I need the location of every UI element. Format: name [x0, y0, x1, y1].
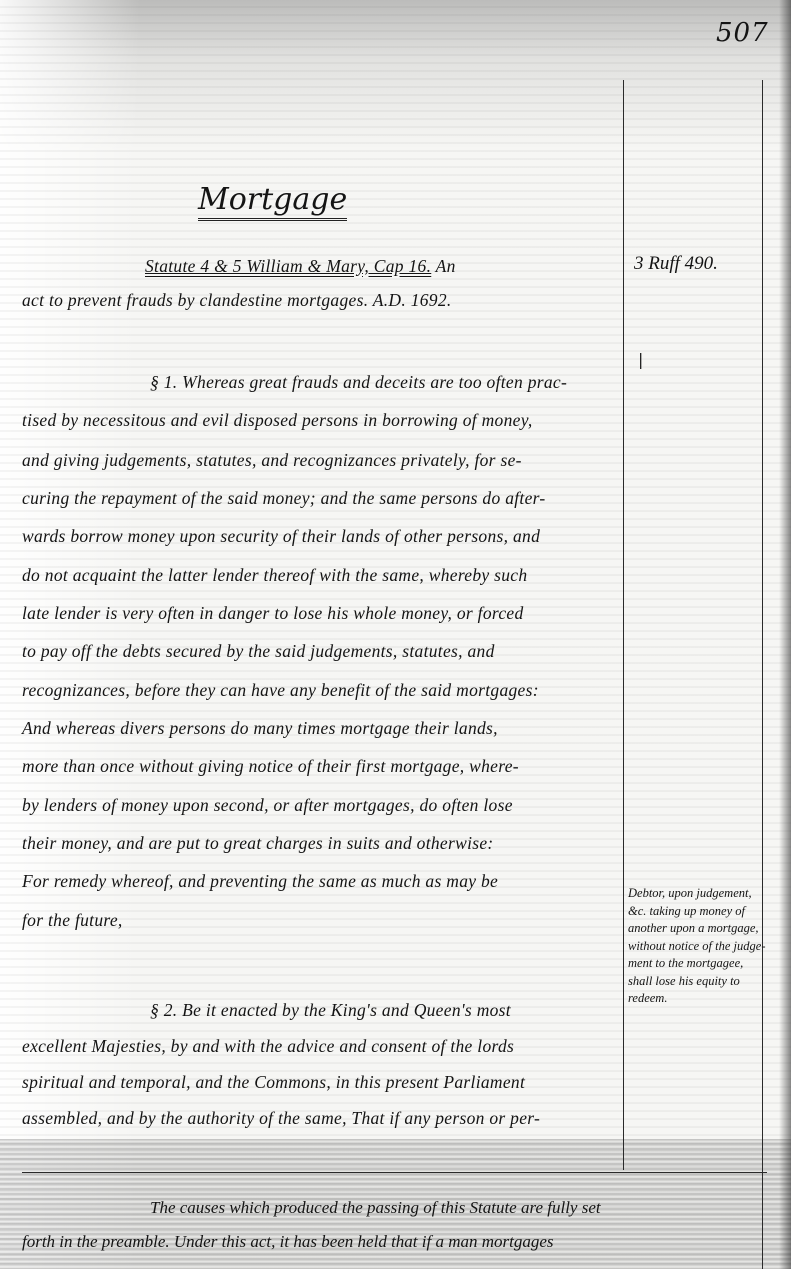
margin-note-line: redeem.: [628, 990, 788, 1008]
page-title: Mortgage: [198, 182, 347, 221]
margin-note-line: Debtor, upon judgement,: [628, 885, 788, 903]
section-2-marker: § 2.: [150, 1000, 177, 1020]
margin-note-line: &c. taking up money of: [628, 903, 788, 921]
margin-note-line: shall lose his equity to: [628, 973, 788, 991]
statute-heading-tail: An: [436, 256, 456, 276]
section-1-line: curing the repayment of the said money; …: [22, 488, 622, 509]
section-1-line: to pay off the debts secured by the said…: [22, 641, 622, 662]
margin-rule-left: [623, 80, 624, 1170]
section-1-line: do not acquaint the latter lender thereo…: [22, 565, 622, 586]
section-1-line: tised by necessitous and evil disposed p…: [22, 410, 622, 431]
section-1-line: more than once without giving notice of …: [22, 756, 622, 777]
section-1-line: for the future,: [22, 910, 622, 931]
section-1-line: their money, and are put to great charge…: [22, 833, 622, 854]
statute-heading: Statute 4 & 5 William & Mary, Cap 16. An: [145, 256, 615, 277]
margin-mark: |: [638, 350, 643, 369]
margin-note-line: ment to the mortgagee,: [628, 955, 788, 973]
margin-reference: 3 Ruff 490.: [634, 253, 718, 275]
section-1-line: recognizances, before they can have any …: [22, 680, 622, 701]
section-1-line-1: § 1. Whereas great frauds and deceits ar…: [150, 372, 620, 393]
section-1-marker: § 1.: [150, 372, 177, 392]
page-edge-shadow: [779, 0, 791, 1269]
margin-note-line: another upon a mortgage,: [628, 920, 788, 938]
footnote-line-1: The causes which produced the passing of…: [150, 1198, 770, 1218]
margin-rule-right: [762, 80, 763, 1269]
section-2-line: excellent Majesties, by and with the adv…: [22, 1036, 622, 1057]
section-1-line: late lender is very often in danger to l…: [22, 603, 622, 624]
section-1-line: by lenders of money upon second, or afte…: [22, 795, 622, 816]
footnote-divider: [22, 1172, 767, 1173]
section-2-line-1: § 2. Be it enacted by the King's and Que…: [150, 1000, 620, 1021]
margin-note-line: without notice of the judge-: [628, 938, 788, 956]
page-number: 507: [716, 18, 769, 48]
document-page: 507 Mortgage Statute 4 & 5 William & Mar…: [0, 0, 791, 1269]
statute-citation: Statute 4 & 5 William & Mary, Cap 16.: [145, 256, 431, 276]
margin-note: Debtor, upon judgement, &c. taking up mo…: [628, 885, 788, 1008]
footnote-line-2: forth in the preamble. Under this act, i…: [22, 1232, 772, 1252]
section-1-line: And whereas divers persons do many times…: [22, 718, 622, 739]
section-2-line: assembled, and by the authority of the s…: [22, 1108, 622, 1129]
section-1-line: wards borrow money upon security of thei…: [22, 526, 622, 547]
section-1-line: and giving judgements, statutes, and rec…: [22, 450, 622, 471]
statute-heading-line-2: act to prevent frauds by clandestine mor…: [22, 290, 622, 311]
section-1-line: For remedy whereof, and preventing the s…: [22, 871, 622, 892]
section-2-line: spiritual and temporal, and the Commons,…: [22, 1072, 622, 1093]
